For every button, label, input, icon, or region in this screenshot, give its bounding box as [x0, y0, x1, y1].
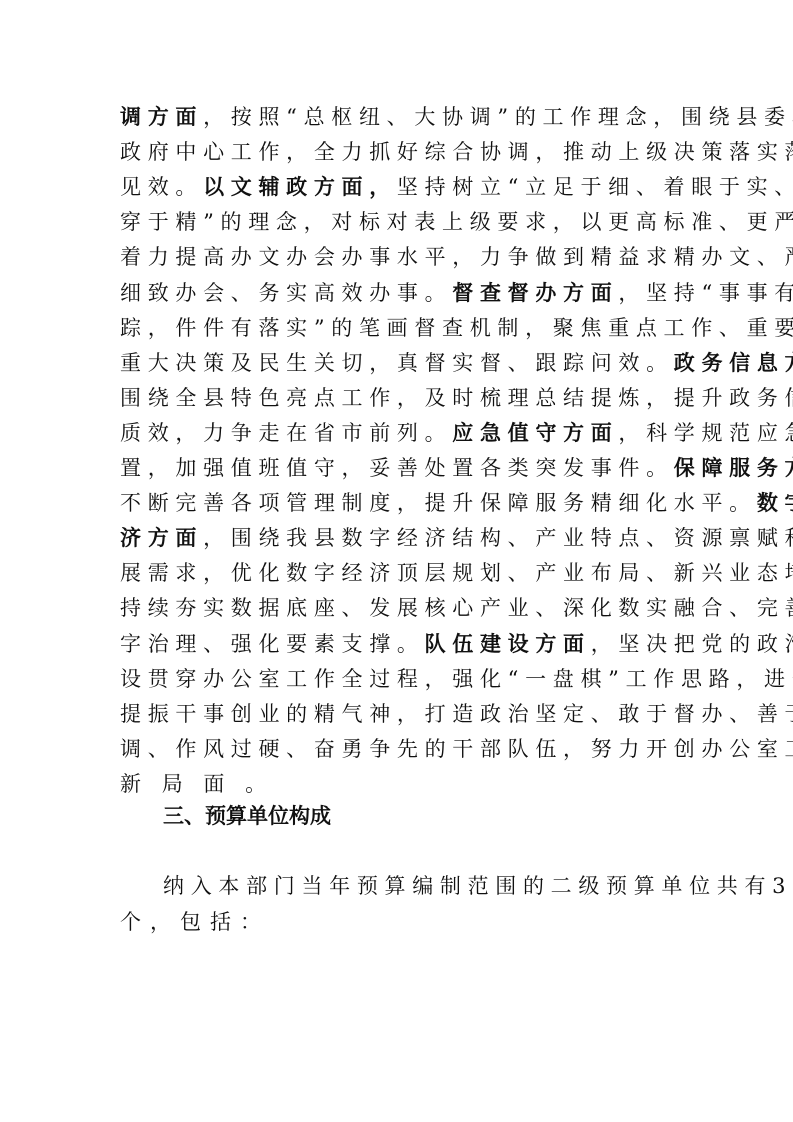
body-line: 设 贯 穿 办 公 室 工 作 全 过 程 ， 强 化 “ 一 盘 棋 ” 工 … — [120, 664, 673, 694]
body-line: 字 治 理 、 强 化 要 素 支 撑 。 队 伍 建 设 方 面 ， 坚 决 … — [120, 629, 673, 659]
body-line: 见 效 。 以 文 辅 政 方 面 ， 坚 持 树 立 “ 立 足 于 细 、 … — [120, 172, 673, 202]
body-line: 济 方 面 ， 围 绕 我 县 数 字 经 济 结 构 、 产 业 特 点 、 … — [120, 523, 673, 553]
body-line: 不 断 完 善 各 项 管 理 制 度 ， 提 升 保 障 服 务 精 细 化 … — [120, 488, 673, 518]
section-paragraph-line-1: 纳 入 本 部 门 当 年 预 算 编 制 范 围 的 二 级 预 算 单 位 … — [163, 871, 673, 901]
body-line: 踪 ， 件 件 有 落 实 ” 的 笔 画 督 查 机 制 ， 聚 焦 重 点 … — [120, 313, 673, 343]
body-line: 穿 于 精 ” 的 理 念 ， 对 标 对 表 上 级 要 求 ， 以 更 高 … — [120, 207, 673, 237]
body-line: 调 方 面 ， 按 照 “ 总 枢 纽 、 大 协 调 ” 的 工 作 理 念 … — [120, 102, 673, 132]
body-line: 围 绕 全 县 特 色 亮 点 工 作 ， 及 时 梳 理 总 结 提 炼 ， … — [120, 383, 673, 413]
body-line: 提 振 干 事 创 业 的 精 气 神 ， 打 造 政 治 坚 定 、 敢 于 … — [120, 699, 673, 729]
body-line: 调 、 作 风 过 硬 、 奋 勇 争 先 的 干 部 队 伍 ， 努 力 开 … — [120, 734, 673, 764]
body-line: 细 致 办 会 、 务 实 高 效 办 事 。 督 查 督 办 方 面 ， 坚 … — [120, 278, 673, 308]
document-page: 调 方 面 ， 按 照 “ 总 枢 纽 、 大 协 调 ” 的 工 作 理 念 … — [0, 0, 793, 1122]
body-line: 政 府 中 心 工 作 ， 全 力 抓 好 综 合 协 调 ， 推 动 上 级 … — [120, 137, 673, 167]
body-line: 质 效 ， 力 争 走 在 省 市 前 列 。 应 急 值 守 方 面 ， 科 … — [120, 418, 673, 448]
section-heading: 三、预算单位构成 — [163, 801, 331, 831]
body-line: 着 力 提 高 办 文 办 会 办 事 水 平 ， 力 争 做 到 精 益 求 … — [120, 242, 673, 272]
body-line: 展 需 求 ， 优 化 数 字 经 济 顶 层 规 划 、 产 业 布 局 、 … — [120, 558, 673, 588]
body-line: 重 大 决 策 及 民 生 关 切 ， 真 督 实 督 、 跟 踪 问 效 。 … — [120, 348, 673, 378]
section-paragraph-line-2: 个，包括： — [120, 907, 673, 937]
body-line: 置 ， 加 强 值 班 值 守 ， 妥 善 处 置 各 类 突 发 事 件 。 … — [120, 453, 673, 483]
body-line: 新 局 面 。 — [120, 769, 673, 799]
body-line: 持 续 夯 实 数 据 底 座 、 发 展 核 心 产 业 、 深 化 数 实 … — [120, 593, 673, 623]
